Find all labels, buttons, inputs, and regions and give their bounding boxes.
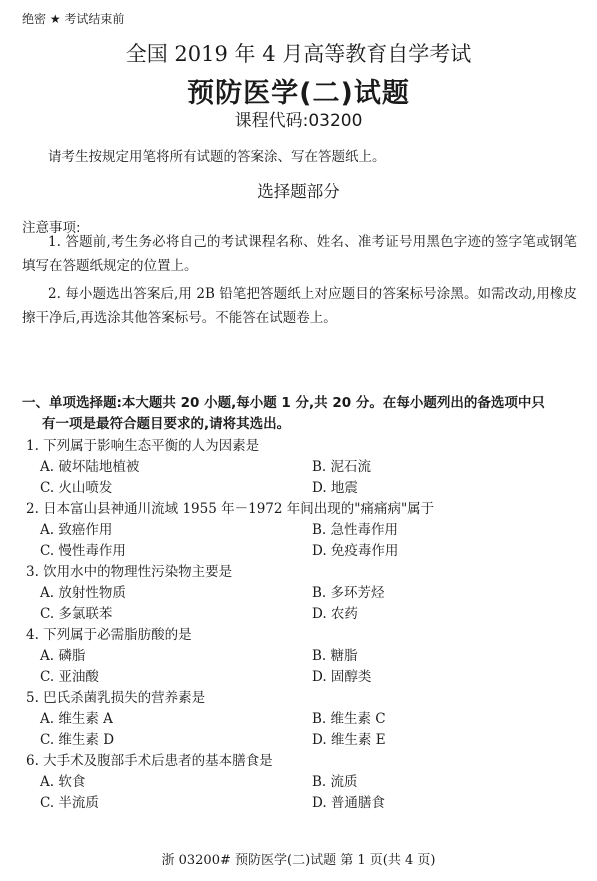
option-d: D. 固醇类 (298, 667, 371, 688)
option-d: D. 普通膳食 (298, 793, 385, 814)
option-b: B. 维生素 C (298, 709, 386, 730)
option-a: A. 软食 (26, 772, 298, 793)
option-d: D. 维生素 E (298, 730, 386, 751)
part-title: 一、单项选择题:本大题共 20 小题,每小题 1 分,共 20 分。在每小题列出… (22, 393, 545, 435)
part-title-line2: 有一项是最符合题目要求的,请将其选出。 (22, 414, 545, 435)
question-stem: 2. 日本富山县神通川流域 1955 年－1972 年间出现的"痛痛病"属于 (26, 499, 586, 520)
question-2: 2. 日本富山县神通川流域 1955 年－1972 年间出现的"痛痛病"属于 A… (26, 499, 586, 562)
notice-item-1: 1. 答题前,考生务必将自己的考试课程名称、姓名、准考证号用黑色字迹的签字笔或钢… (22, 230, 577, 278)
question-stem: 6. 大手术及腹部手术后患者的基本膳食是 (26, 751, 586, 772)
section-title: 选择题部分 (0, 178, 597, 202)
confidential-label: 绝密 ★ 考试结束前 (22, 10, 124, 27)
question-4: 4. 下列属于必需脂肪酸的是 A. 磷脂B. 糖脂 C. 亚油酸D. 固醇类 (26, 625, 586, 688)
option-d: D. 免疫毒作用 (298, 541, 398, 562)
notice-item-2-text: 2. 每小题选出答案后,用 2B 铅笔把答题纸上对应题目的答案标号涂黑。如需改动… (22, 286, 577, 326)
option-c: C. 维生素 D (26, 730, 298, 751)
option-c: C. 亚油酸 (26, 667, 298, 688)
option-c: C. 火山喷发 (26, 478, 298, 499)
option-a: A. 放射性物质 (26, 583, 298, 604)
question-5: 5. 巴氏杀菌乳损失的营养素是 A. 维生素 AB. 维生素 C C. 维生素 … (26, 688, 586, 751)
option-b: B. 流质 (298, 772, 358, 793)
option-c: C. 半流质 (26, 793, 298, 814)
question-6: 6. 大手术及腹部手术后患者的基本膳食是 A. 软食B. 流质 C. 半流质D.… (26, 751, 586, 814)
option-b: B. 泥石流 (298, 457, 371, 478)
option-a: A. 致癌作用 (26, 520, 298, 541)
option-a: A. 磷脂 (26, 646, 298, 667)
notice-item-2: 2. 每小题选出答案后,用 2B 铅笔把答题纸上对应题目的答案标号涂黑。如需改动… (22, 282, 577, 330)
option-b: B. 急性毒作用 (298, 520, 398, 541)
question-list: 1. 下列属于影响生态平衡的人为因素是 A. 破坏陆地植被B. 泥石流 C. 火… (26, 436, 586, 814)
notice-item-1-text: 1. 答题前,考生务必将自己的考试课程名称、姓名、准考证号用黑色字迹的签字笔或钢… (22, 234, 577, 274)
question-1: 1. 下列属于影响生态平衡的人为因素是 A. 破坏陆地植被B. 泥石流 C. 火… (26, 436, 586, 499)
question-3: 3. 饮用水中的物理性污染物主要是 A. 放射性物质B. 多环芳烃 C. 多氯联… (26, 562, 586, 625)
course-code: 课程代码:03200 (0, 106, 597, 131)
option-c: C. 多氯联苯 (26, 604, 298, 625)
option-b: B. 多环芳烃 (298, 583, 385, 604)
question-stem: 4. 下列属于必需脂肪酸的是 (26, 625, 586, 646)
option-c: C. 慢性毒作用 (26, 541, 298, 562)
subject-title: 预防医学(二)试题 (0, 71, 597, 110)
option-d: D. 地震 (298, 478, 358, 499)
question-stem: 5. 巴氏杀菌乳损失的营养素是 (26, 688, 586, 709)
answer-instruction: 请考生按规定用笔将所有试题的答案涂、写在答题纸上。 (48, 145, 386, 165)
page-footer: 浙 03200# 预防医学(二)试题 第 1 页(共 4 页) (0, 849, 597, 868)
option-a: A. 破坏陆地植被 (26, 457, 298, 478)
option-b: B. 糖脂 (298, 646, 358, 667)
option-d: D. 农药 (298, 604, 358, 625)
question-stem: 1. 下列属于影响生态平衡的人为因素是 (26, 436, 586, 457)
option-a: A. 维生素 A (26, 709, 298, 730)
part-title-line1: 一、单项选择题:本大题共 20 小题,每小题 1 分,共 20 分。在每小题列出… (22, 395, 545, 411)
question-stem: 3. 饮用水中的物理性污染物主要是 (26, 562, 586, 583)
exam-name: 全国 2019 年 4 月高等教育自学考试 (0, 38, 597, 68)
